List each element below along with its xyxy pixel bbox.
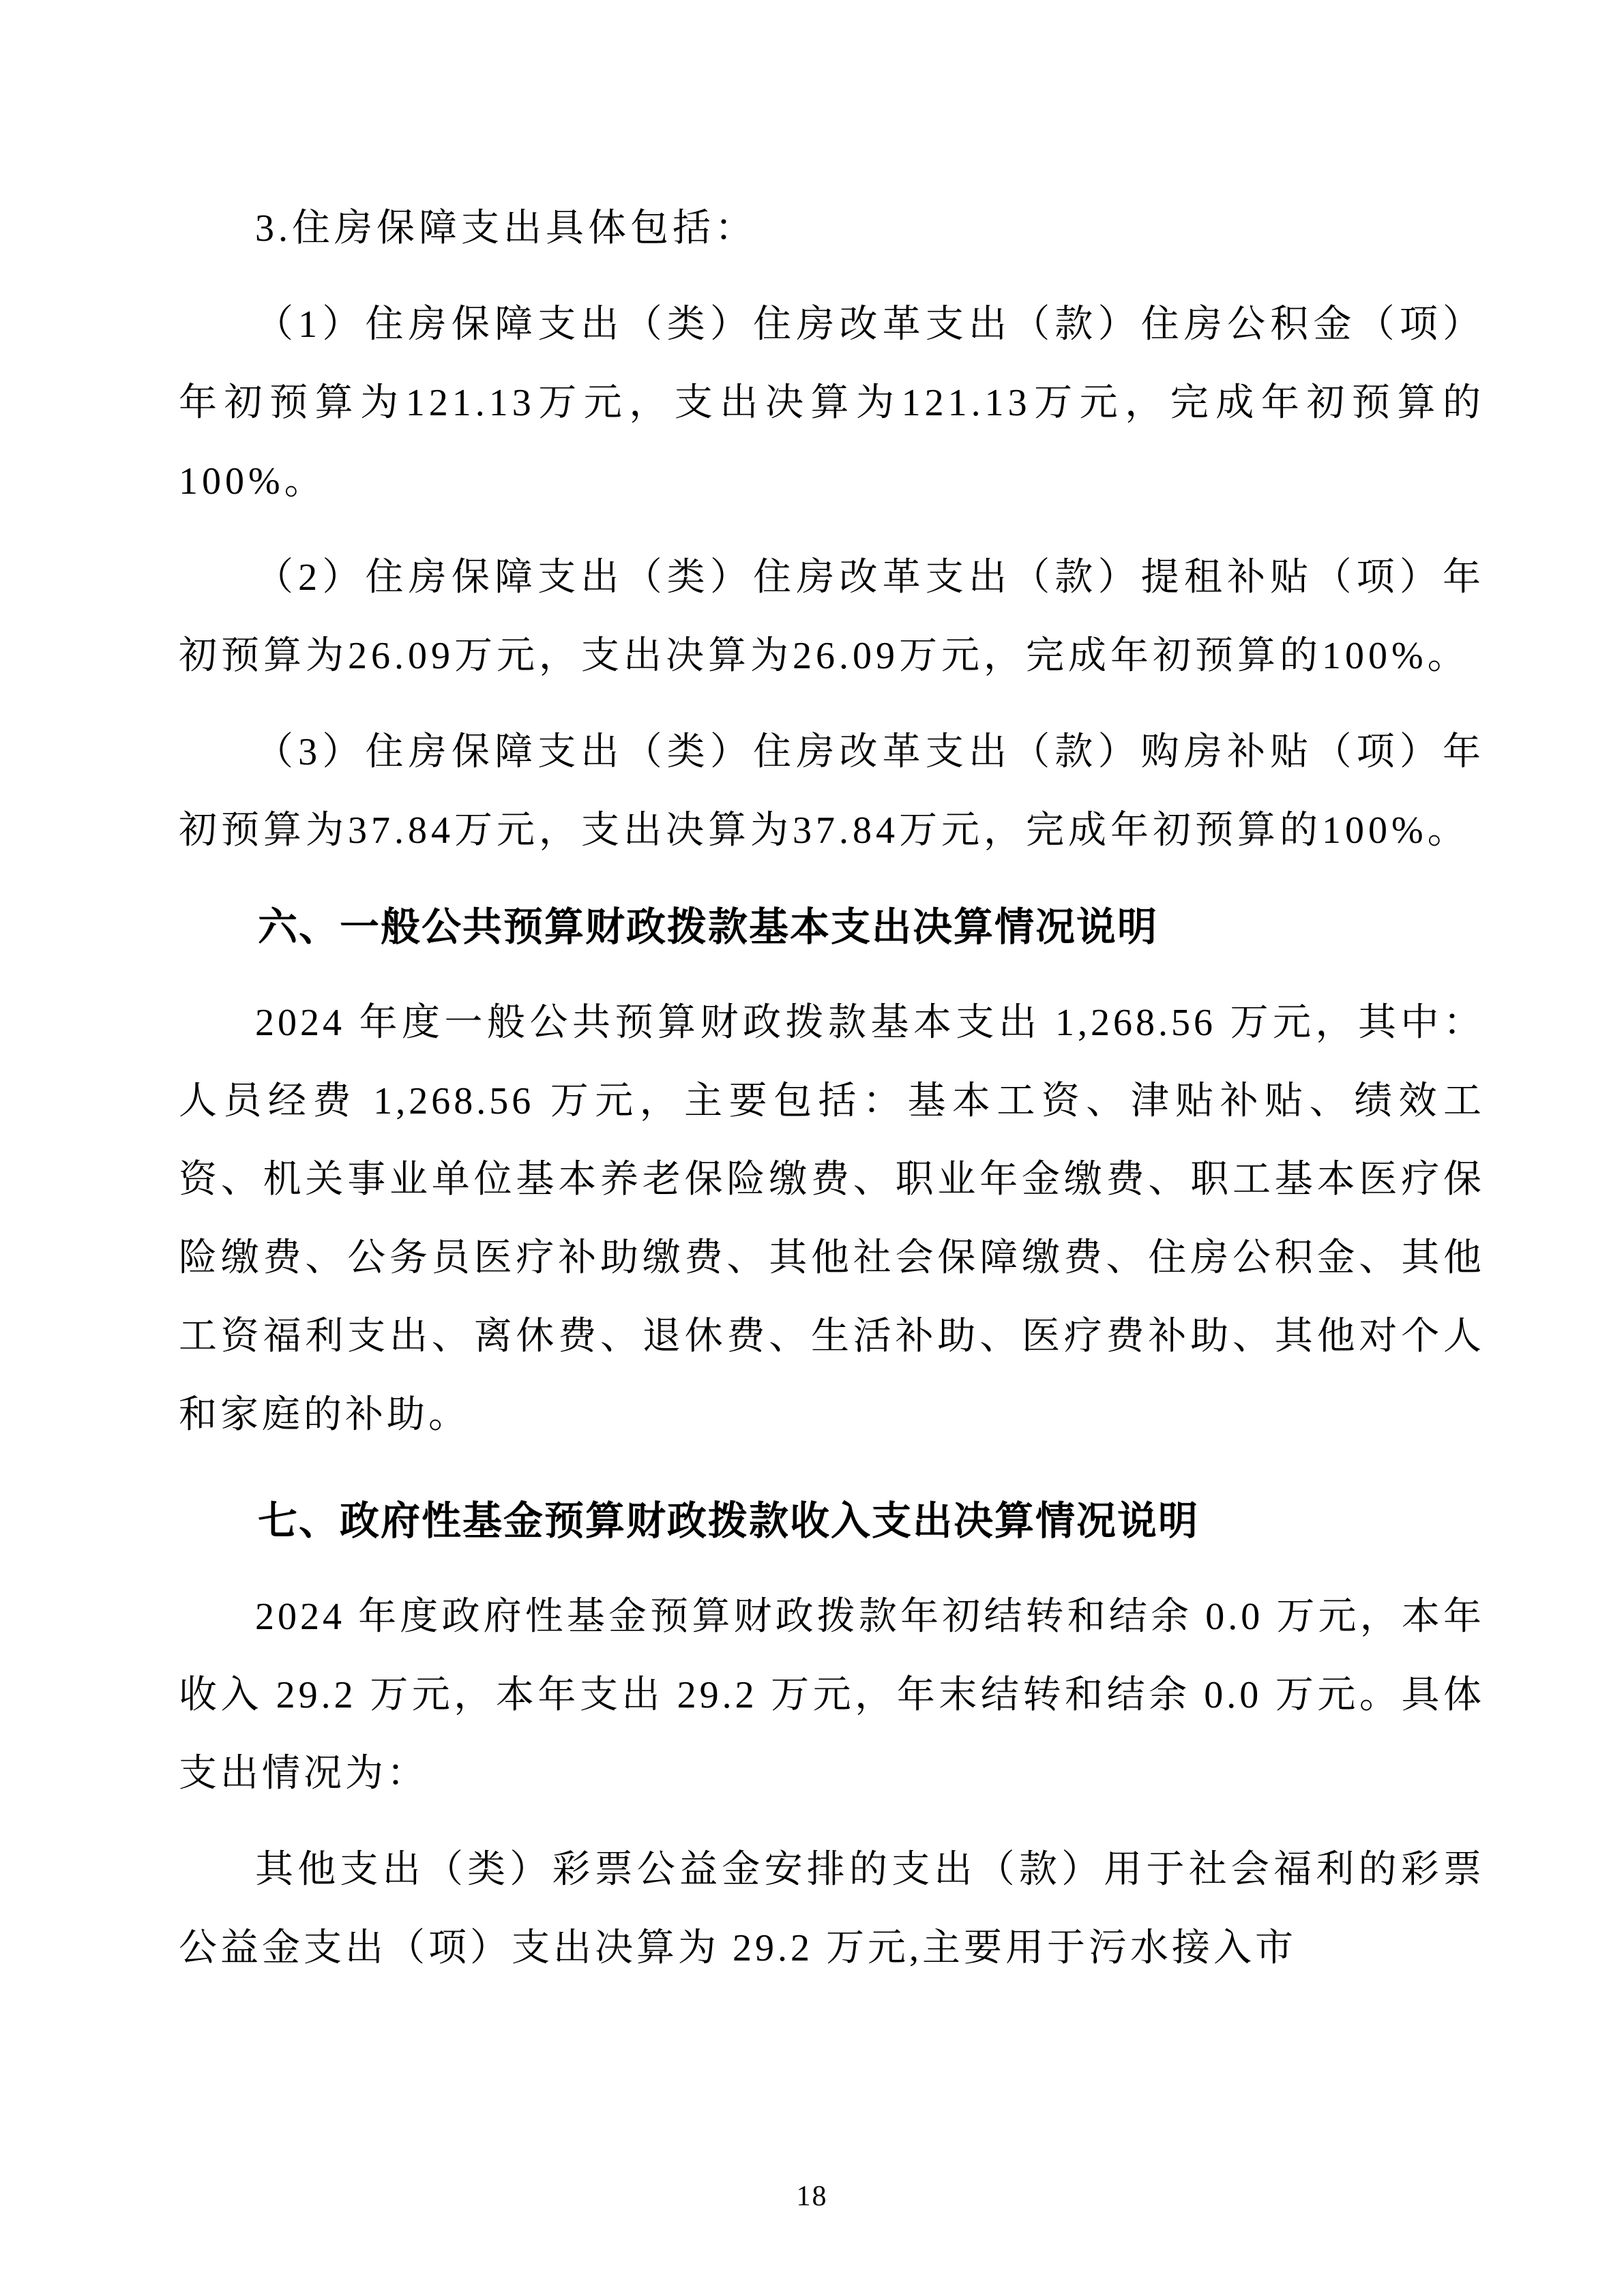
para-purchase-subsidy-item-3: （3）住房保障支出（类）住房改革支出（款）购房补贴（项）年初预算为37.84万元… [179, 713, 1485, 870]
page-number: 18 [0, 2179, 1624, 2213]
document-body: 3.住房保障支出具体包括： （1）住房保障支出（类）住房改革支出（款）住房公积金… [179, 190, 1485, 1988]
heading-section-6-basic-expenditure: 六、一般公共预算财政拨款基本支出决算情况说明 [179, 888, 1485, 966]
heading-section-7-government-funds: 七、政府性基金预算财政拨款收入支出决算情况说明 [179, 1482, 1485, 1560]
para-rent-subsidy-item-2: （2）住房保障支出（类）住房改革支出（款）提租补贴（项）年初预算为26.09万元… [179, 539, 1485, 696]
para-section-7-lottery-detail: 其他支出（类）彩票公益金安排的支出（款）用于社会福利的彩票公益金支出（项）支出决… [179, 1831, 1485, 1988]
para-housing-fund-item-1: （1）住房保障支出（类）住房改革支出（款）住房公积金（项）年初预算为121.13… [179, 286, 1485, 521]
para-housing-support-intro: 3.住房保障支出具体包括： [179, 190, 1485, 268]
para-section-6-body: 2024 年度一般公共预算财政拨款基本支出 1,268.56 万元，其中：人员经… [179, 984, 1485, 1455]
para-section-7-summary: 2024 年度政府性基金预算财政拨款年初结转和结余 0.0 万元，本年收入 29… [179, 1578, 1485, 1813]
